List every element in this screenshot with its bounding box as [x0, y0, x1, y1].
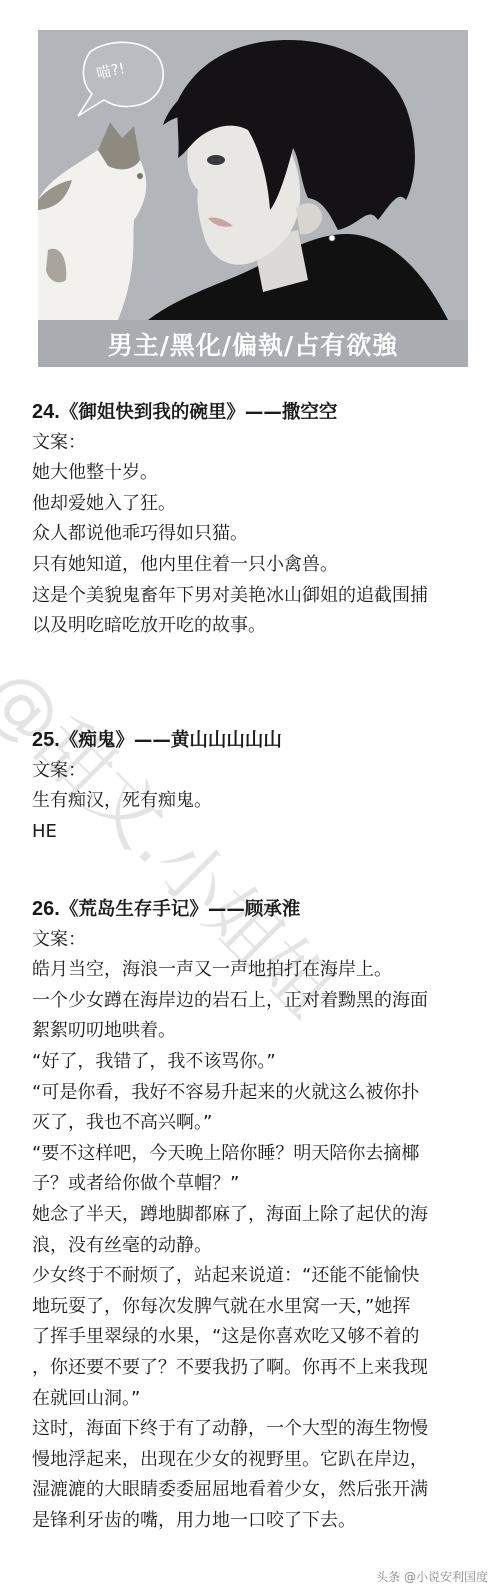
entry-line: 只有她知道，他内里住着一只小禽兽。: [32, 550, 482, 581]
entry-number: 26.: [32, 898, 60, 920]
entry-line: 这时，海面下终于有了动静，一个大型的海生物慢: [32, 1414, 482, 1445]
novel-entry-25: 25.《痴鬼》——黄山山山山山 文案： 生有痴汉，死有痴鬼。 HE: [32, 725, 482, 847]
entry-line: 湿漉漉的大眼睛委委屈屈地看着少女，然后张开满: [32, 1475, 482, 1506]
entry-line: 絮絮叨叨地哄着。: [32, 1016, 482, 1047]
entry-line: HE: [32, 817, 482, 848]
entry-line: 她念了半天，蹲地脚都麻了，海面上除了起伏的海: [32, 1200, 482, 1231]
caption-bar: 男主/黑化/偏執/占有欲強: [38, 320, 468, 367]
entry-label: 文案：: [32, 925, 482, 956]
entry-line: 子？或者给你做个草帽？”: [32, 1169, 482, 1200]
entry-line: 她大他整十岁。: [32, 458, 482, 489]
entry-number: 25.: [32, 729, 60, 751]
novel-entry-26: 26.《荒岛生存手记》——顾承淮 文案： 皓月当空，海浪一声又一声地拍打在海岸上…: [32, 894, 482, 1536]
entry-title: 24.《御姐快到我的碗里》——撒空空: [32, 397, 482, 428]
novel-entry-24: 24.《御姐快到我的碗里》——撒空空 文案： 她大他整十岁。 他却爱她入了狂。 …: [32, 397, 482, 642]
entry-line: ，你还要不要了？不要我扔了啊。你再不上来我现: [32, 1353, 482, 1384]
entry-line: 在就回山洞。”: [32, 1384, 482, 1415]
entry-line: “好了，我错了，我不该骂你。”: [32, 1047, 482, 1078]
entry-line: 生有痴汉，死有痴鬼。: [32, 786, 482, 817]
entry-title-text: 《荒岛生存手记》——顾承淮: [60, 899, 301, 920]
entry-label: 文案：: [32, 756, 482, 787]
man-figure: [148, 40, 448, 320]
cat-figure: [38, 122, 146, 320]
entry-line: 灭了，我也不高兴啊。”: [32, 1108, 482, 1139]
banner-illustration: 喵?! 男主/黑化/偏執/占有欲強: [38, 30, 468, 367]
entry-title: 25.《痴鬼》——黄山山山山山: [32, 725, 482, 756]
entry-line: “要不这样吧，今天晚上陪你睡？明天陪你去摘椰: [32, 1139, 482, 1170]
entry-line: 少女终于不耐烦了，站起来说道：“还能不能愉快: [32, 1261, 482, 1292]
entry-title: 26.《荒岛生存手记》——顾承淮: [32, 894, 482, 925]
entry-label: 文案：: [32, 428, 482, 459]
entry-number: 24.: [32, 401, 60, 423]
entry-line: “可是你看，我好不容易升起来的火就这么被你扑: [32, 1078, 482, 1109]
entry-title-text: 《痴鬼》——黄山山山山山: [60, 730, 282, 751]
entry-line: 他却爱她入了狂。: [32, 489, 482, 520]
source-attribution: 头条 @小说安利国度: [376, 1568, 488, 1585]
entry-line: 是锋利牙齿的嘴，用力地一口咬了下去。: [32, 1506, 482, 1537]
entry-line: 众人都说他乖巧得如只猫。: [32, 519, 482, 550]
caption-tags: 男主/黑化/偏執/占有欲強: [108, 326, 398, 362]
entry-line: 浪，没有丝毫的动静。: [32, 1231, 482, 1262]
entry-title-text: 《御姐快到我的碗里》——撒空空: [60, 402, 338, 423]
entry-line: 慢地浮起来，出现在少女的视野里。它趴在岸边，: [32, 1445, 482, 1476]
entry-line: 这是个美貌鬼畜年下男对美艳冰山御姐的追截围捕: [32, 581, 482, 612]
entry-line: 地玩耍了，你每次发脾气就在水里窝一天，”她挥: [32, 1292, 482, 1323]
entry-line: 一个少女蹲在海岸边的岩石上，正对着黝黑的海面: [32, 986, 482, 1017]
entry-line: 了挥手里翠绿的水果，“这是你喜欢吃又够不着的: [32, 1322, 482, 1353]
entry-line: 以及明吃暗吃放开吃的故事。: [32, 611, 482, 642]
entry-line: 皓月当空，海浪一声又一声地拍打在海岸上。: [32, 955, 482, 986]
speech-bubble-icon: [78, 42, 163, 116]
